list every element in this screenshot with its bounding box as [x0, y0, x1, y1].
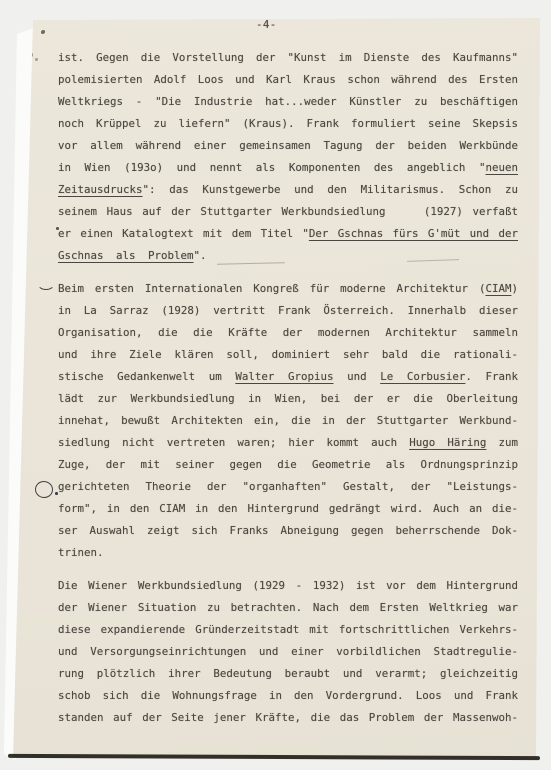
text-segment: ser Auswahl zeigt sich Franks Abneigung … — [58, 524, 518, 537]
text-line: er einen Katalogtext mit dem Titel "Der … — [58, 223, 518, 245]
underlined-text: Zeitausdrucks — [58, 183, 143, 196]
text-line: stische Gedankenwelt um Walter Gropius u… — [58, 366, 518, 388]
paper-speck — [41, 30, 45, 34]
underlined-text: neuen — [485, 161, 518, 174]
text-line: noch Krüppel zu liefern" (Kraus). Frank … — [58, 113, 518, 135]
margin-arc-mark — [37, 276, 55, 290]
text-line: rung plötzlich ihrer Bedeutung beraubt u… — [58, 663, 518, 685]
text-line: gerichteten Theorie der "organhaften" Ge… — [58, 476, 518, 498]
text-segment: siedlung nicht vertreten waren; hier kom… — [58, 436, 409, 449]
underlined-text: CIAM — [485, 282, 511, 295]
text-line: Die Wiener Werkbundsiedlung (1929 - 1932… — [58, 575, 518, 597]
text-line: in Wien (193o) und nennt als Komponenten… — [58, 157, 518, 179]
text-line: form", in den CIAM in den Hintergrund ge… — [58, 498, 518, 520]
text-segment: Zuge, der mit seiner gegen die Geometrie… — [58, 458, 518, 471]
text-segment: trinen. — [58, 546, 104, 559]
text-line: schob sich die Wohnungsfrage in den Vord… — [58, 685, 518, 707]
text-segment: innehat, bewußt Architekten ein, die in … — [58, 414, 518, 427]
text-line: ist. Gegen die Vorstellung der "Kunst im… — [58, 47, 518, 69]
text-line: seinem Haus auf der Stuttgarter Werkbund… — [58, 201, 518, 223]
text-line: Zeitausdrucks": das Kunstgewerbe und den… — [58, 179, 518, 201]
text-line: innehat, bewußt Architekten ein, die in … — [58, 410, 518, 432]
typewritten-text: ist. Gegen die Vorstellung der "Kunst im… — [58, 47, 518, 740]
text-line: polemisierten Adolf Loos und Karl Kraus … — [58, 69, 518, 91]
paper-sheet: -4- ist. Gegen die Vorstellung der "Kuns… — [0, 0, 551, 770]
text-segment: schob sich die Wohnungsfrage in den Vord… — [58, 689, 518, 702]
text-segment: zum — [486, 436, 518, 449]
text-line: siedlung nicht vertreten waren; hier kom… — [58, 432, 518, 454]
page-number: -4- — [256, 18, 277, 31]
text-line: und ihre Ziele klären soll, dominiert se… — [58, 344, 518, 366]
paper-speck — [35, 58, 38, 61]
text-segment: form", in den CIAM in den Hintergrund ge… — [58, 502, 518, 515]
text-line: vor allem während einer gemeinsamen Tagu… — [58, 135, 518, 157]
margin-circle-mark — [34, 480, 54, 499]
text-segment: in La Sarraz (1928) vertritt Frank Öster… — [58, 304, 518, 317]
text-segment: und ihre Ziele klären soll, dominiert se… — [58, 348, 518, 361]
text-line: diese expandierende Gründerzeitstadt mit… — [58, 619, 518, 641]
underlined-text: Gschnas als Problem — [58, 249, 194, 262]
underlined-text: Le Corbusier — [380, 370, 465, 383]
paper-speck — [56, 227, 59, 230]
text-line: in La Sarraz (1928) vertritt Frank Öster… — [58, 300, 518, 322]
text-segment: Beim ersten Internationalen Kongreß für … — [58, 282, 485, 295]
text-segment: Weltkriegs - "Die Industrie hat...weder … — [58, 95, 518, 108]
underlined-text: Walter Gropius — [235, 370, 333, 383]
text-line: standen auf der Seite jener Kräfte, die … — [58, 707, 518, 729]
text-segment: . Frank — [465, 370, 518, 383]
text-line: lädt zur Werkbundsiedlung in Wien, bei d… — [58, 388, 518, 410]
text-line: Beim ersten Internationalen Kongreß für … — [58, 278, 518, 300]
text-segment: ist. Gegen die Vorstellung der "Kunst im… — [58, 51, 518, 64]
text-line: trinen. — [58, 542, 518, 564]
text-segment: noch Krüppel zu liefern" (Kraus). Frank … — [58, 117, 518, 130]
text-line: der Wiener Situation zu betrachten. Nach… — [58, 597, 518, 619]
text-segment: Organisation, die die Kräfte der moderne… — [58, 326, 518, 339]
text-segment: und — [333, 370, 380, 383]
text-segment: er einen Katalogtext mit dem Titel " — [58, 227, 309, 240]
paragraph: Die Wiener Werkbundsiedlung (1929 - 1932… — [58, 575, 518, 729]
text-line: Zuge, der mit seiner gegen die Geometrie… — [58, 454, 518, 476]
scanned-page: -4- ist. Gegen die Vorstellung der "Kuns… — [0, 0, 551, 770]
text-segment: polemisierten Adolf Loos und Karl Kraus … — [58, 73, 518, 86]
text-segment: rung plötzlich ihrer Bedeutung beraubt u… — [58, 667, 518, 680]
text-segment: lädt zur Werkbundsiedlung in Wien, bei d… — [58, 392, 518, 405]
text-segment: diese expandierende Gründerzeitstadt mit… — [58, 623, 518, 636]
text-segment: vor allem während einer gemeinsamen Tagu… — [58, 139, 518, 152]
text-line: Gschnas als Problem". — [58, 245, 518, 267]
text-segment: standen auf der Seite jener Kräfte, die … — [58, 711, 518, 724]
text-line: und Versorgungseinrichtungen und einer v… — [58, 641, 518, 663]
text-segment: seinem Haus auf der Stuttgarter Werkbund… — [58, 205, 518, 218]
text-segment: der Wiener Situation zu betrachten. Nach… — [58, 601, 518, 614]
underlined-text: Der Gschnas fürs G'müt und der — [309, 227, 518, 240]
text-segment: Die Wiener Werkbundsiedlung (1929 - 1932… — [58, 579, 518, 592]
text-segment: stische Gedankenwelt um — [58, 370, 235, 383]
text-line: Weltkriegs - "Die Industrie hat...weder … — [58, 91, 518, 113]
text-line: Organisation, die die Kräfte der moderne… — [58, 322, 518, 344]
text-line: ser Auswahl zeigt sich Franks Abneigung … — [58, 520, 518, 542]
text-segment: in Wien (193o) und nennt als Komponenten… — [58, 161, 485, 174]
text-segment: ": das Kunstgewerbe und den Militarismus… — [143, 183, 518, 196]
text-segment: gerichteten Theorie der "organhaften" Ge… — [58, 480, 518, 493]
text-segment: ) — [511, 282, 518, 295]
text-segment: und Versorgungseinrichtungen und einer v… — [58, 645, 518, 658]
underlined-text: Hugo Häring — [409, 436, 486, 449]
paragraph: ist. Gegen die Vorstellung der "Kunst im… — [58, 47, 518, 267]
paragraph: Beim ersten Internationalen Kongreß für … — [58, 278, 518, 564]
margin-circle-dot — [55, 492, 58, 495]
text-segment: ". — [194, 249, 207, 262]
